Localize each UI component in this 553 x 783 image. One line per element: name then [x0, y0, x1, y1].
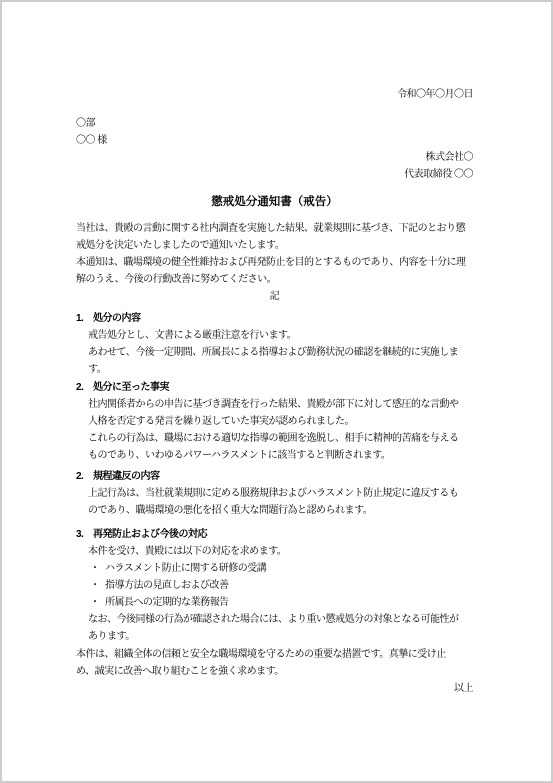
body-line: ものであり、いわゆるパワーハラスメントに該当すると判断されます。 — [88, 447, 473, 464]
section-heading: 2. 規程違反の内容 — [76, 468, 473, 485]
closing-line: 本件は、組織全体の信頼と安全な職場環境を守るための重要な措置です。真摯に受け止 — [76, 646, 473, 663]
body-line: 戒告処分とし、文書による厳重注意を行います。 — [88, 327, 473, 344]
issue-date: 令和〇年〇月〇日 — [76, 86, 473, 103]
recipient-line: 〇部 — [76, 115, 473, 132]
bullet-text: 所属長への定期的な業務報告 — [105, 594, 229, 611]
section-body: 上記行為は、当社就業規則に定める服務規律およびハラスメント防止規定に違反するもの… — [76, 485, 473, 519]
section-heading: 2. 処分に至った事実 — [76, 379, 473, 396]
recipient-line: 〇〇 様 — [76, 132, 473, 149]
bullet-text: ハラスメント防止に関する研修の受講 — [105, 560, 266, 577]
bullet-item: ・ハラスメント防止に関する研修の受講 — [90, 560, 473, 577]
section-heading-text: 再発防止および今後の対応 — [93, 526, 207, 543]
intro-line: 解のうえ、今後の行動改善に努めてください。 — [76, 271, 473, 288]
body-line: これらの行為は、職場における適切な指導の範囲を逸脱し、相手に精神的苦痛を与える — [88, 430, 473, 447]
sender-line: 代表取締役 〇〇 — [76, 166, 473, 183]
body-line: 人格を否定する発言を繰り返していた事実が認められました。 — [88, 413, 473, 430]
body-line: 社内関係者からの申告に基づき調査を行った結果、貴殿が部下に対して感圧的な言動や — [88, 396, 473, 413]
body-line: あわせて、今後一定期間、所属長による指導および勤務状況の確認を継続的に実施しま — [88, 344, 473, 361]
section-heading-text: 処分に至った事実 — [93, 379, 169, 396]
bullet-text: 指導方法の見直しおよび改善 — [105, 577, 229, 594]
recipient-block: 〇部〇〇 様 — [76, 115, 473, 149]
intro-line: 本通知は、職場環境の健全性維持および再発防止を目的とするものであり、内容を十分に… — [76, 254, 473, 271]
bullet-item: ・所属長への定期的な業務報告 — [90, 594, 473, 611]
body-line: す。 — [88, 361, 473, 378]
body-line: のであり、職場環境の悪化を招く重大な問題行為と認められます。 — [88, 502, 473, 519]
body-line: 上記行為は、当社就業規則に定める服務規律およびハラスメント防止規定に違反するも — [88, 485, 473, 502]
bullet-item: ・指導方法の見直しおよび改善 — [90, 577, 473, 594]
closing-paragraph: 本件は、組織全体の信頼と安全な職場環境を守るための重要な措置です。真摯に受け止め… — [76, 646, 473, 680]
record-marker: 記 — [76, 288, 473, 305]
body-line: あります。 — [88, 628, 473, 645]
intro-line: 戒処分を決定いたしましたので通知いたします。 — [76, 237, 473, 254]
closing-line: め、誠実に改善へ取り組むことを強く求めます。 — [76, 663, 473, 680]
letter-body: 令和〇年〇月〇日 〇部〇〇 様 株式会社〇代表取締役 〇〇 懲戒処分通知書（戒告… — [2, 2, 551, 697]
section-prevention: 3. 再発防止および今後の対応 本件を受け、貴殿には以下の対応を求めます。 ・ハ… — [76, 526, 473, 645]
body-line: なお、今後同様の行為が確認された場合には、より重い懲戒処分の対象となる可能性が — [88, 611, 473, 628]
intro-line: 当社は、貴殿の言動に関する社内調査を実施した結果、就業規則に基づき、下記のとおり… — [76, 220, 473, 237]
sender-block: 株式会社〇代表取締役 〇〇 — [76, 149, 473, 183]
body-line: 本件を受け、貴殿には以下の対応を求めます。 — [88, 543, 473, 560]
section-heading: 3. 再発防止および今後の対応 — [76, 526, 473, 543]
section-number: 3. — [76, 526, 93, 543]
section-body: 社内関係者からの申告に基づき調査を行った結果、貴殿が部下に対して感圧的な言動や人… — [76, 396, 473, 464]
section-heading-text: 規程違反の内容 — [93, 468, 160, 485]
section-violation: 2. 規程違反の内容 上記行為は、当社就業規則に定める服務規律およびハラスメント… — [76, 468, 473, 519]
section-heading-text: 処分の内容 — [93, 310, 141, 327]
bullet-icon: ・ — [90, 577, 105, 594]
bullet-icon: ・ — [90, 594, 105, 611]
closing-end-marker: 以上 — [76, 680, 473, 697]
intro-paragraph: 当社は、貴殿の言動に関する社内調査を実施した結果、就業規則に基づき、下記のとおり… — [76, 220, 473, 288]
bullet-icon: ・ — [90, 560, 105, 577]
bullet-list: ・ハラスメント防止に関する研修の受講・指導方法の見直しおよび改善・所属長への定期… — [76, 560, 473, 611]
document-title: 懲戒処分通知書（戒告） — [76, 193, 473, 211]
section-heading: 1. 処分の内容 — [76, 310, 473, 327]
document-page: 令和〇年〇月〇日 〇部〇〇 様 株式会社〇代表取締役 〇〇 懲戒処分通知書（戒告… — [0, 0, 553, 783]
section-body: 戒告処分とし、文書による厳重注意を行います。あわせて、今後一定期間、所属長による… — [76, 327, 473, 378]
section-number: 2. — [76, 468, 93, 485]
section-facts: 2. 処分に至った事実 社内関係者からの申告に基づき調査を行った結果、貴殿が部下… — [76, 379, 473, 464]
section-number: 1. — [76, 310, 93, 327]
section-body: 本件を受け、貴殿には以下の対応を求めます。 — [76, 543, 473, 560]
section-body-after: なお、今後同様の行為が確認された場合には、より重い懲戒処分の対象となる可能性があ… — [76, 611, 473, 645]
sender-line: 株式会社〇 — [76, 149, 473, 166]
section-disposition: 1. 処分の内容 戒告処分とし、文書による厳重注意を行います。あわせて、今後一定… — [76, 310, 473, 378]
section-number: 2. — [76, 379, 93, 396]
